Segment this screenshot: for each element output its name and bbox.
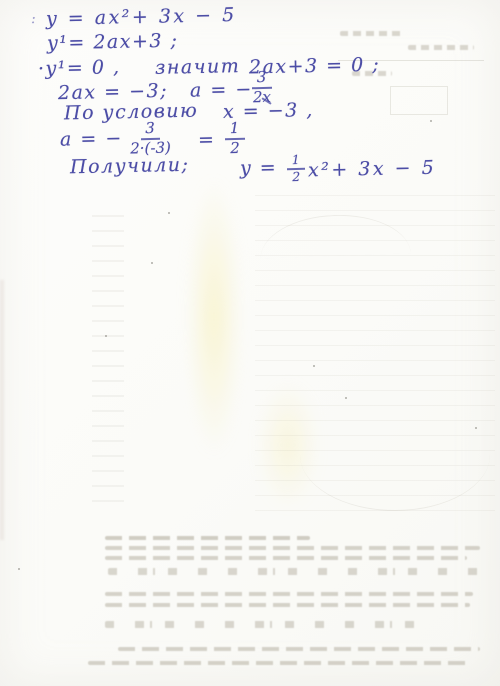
bleedthrough-text-line [105, 603, 470, 607]
equation-derivative-zero: ·y¹= 0 , [38, 56, 121, 80]
bleedthrough-fragment [340, 31, 402, 36]
bleedthrough-text-line [118, 647, 480, 651]
bleedthrough-fragment [408, 45, 474, 50]
bleedthrough-text-line [105, 546, 480, 550]
equation-original-function: y = ax²+ 3x − 5 [46, 4, 237, 30]
scan-speck [313, 365, 315, 367]
equation-final-rhs: x²+ 3x − 5 [308, 157, 437, 182]
bleedthrough-curve [300, 455, 490, 511]
scan-speck [105, 335, 107, 337]
bleedthrough-text-line [105, 536, 310, 540]
scan-edge-artifact [0, 280, 4, 540]
fraction-denominator: 2 [230, 140, 240, 157]
scan-speck [18, 568, 20, 570]
equation-a-substitution: a = − [60, 127, 123, 150]
scan-speck [168, 212, 170, 214]
fraction-denominator: 2 [292, 169, 300, 183]
word-znachit: значит [155, 55, 241, 79]
fraction-one-half-coefficient: 1 2 [287, 154, 306, 183]
bleedthrough-text-line [88, 661, 470, 665]
highlight-stain [178, 150, 250, 520]
bleedthrough-grid [255, 195, 495, 525]
fraction-one-half-result: 1 2 [225, 121, 245, 157]
bleedthrough-curve-2 [259, 212, 410, 258]
scan-speck [151, 262, 153, 264]
bleedthrough-formula-line [105, 621, 423, 628]
bleedthrough-axis-labels [92, 215, 124, 515]
bleedthrough-text-line [105, 556, 467, 560]
fraction-numerator: 1 [287, 154, 305, 170]
bleedthrough-box [390, 86, 448, 115]
scanned-page: : y = ax²+ 3x − 5 y¹= 2ax+3 ; ·y¹= 0 , з… [0, 0, 500, 686]
scan-speck [430, 120, 432, 122]
stray-colon-mark: : [31, 11, 38, 27]
equals-sign: = [198, 129, 216, 151]
fraction-numerator: 3 [140, 121, 160, 140]
equation-derivative: y¹= 2ax+3 ; [47, 30, 179, 55]
scan-speck [475, 427, 477, 429]
bleedthrough-formula-line [108, 568, 480, 575]
bleedthrough-text-line [105, 592, 473, 596]
word-poluchili: Получили; [70, 154, 190, 178]
equation-a-equals-minus: a = − [190, 78, 253, 101]
fraction-numerator: 3 [252, 70, 272, 89]
equation-final-lhs: y = [240, 157, 278, 180]
fraction-numerator: 1 [225, 121, 245, 140]
highlight-stain-2 [248, 360, 328, 530]
scan-speck [345, 397, 347, 399]
fraction-3-over-2-times-minus-3: 3 2·(-3) [130, 120, 172, 157]
